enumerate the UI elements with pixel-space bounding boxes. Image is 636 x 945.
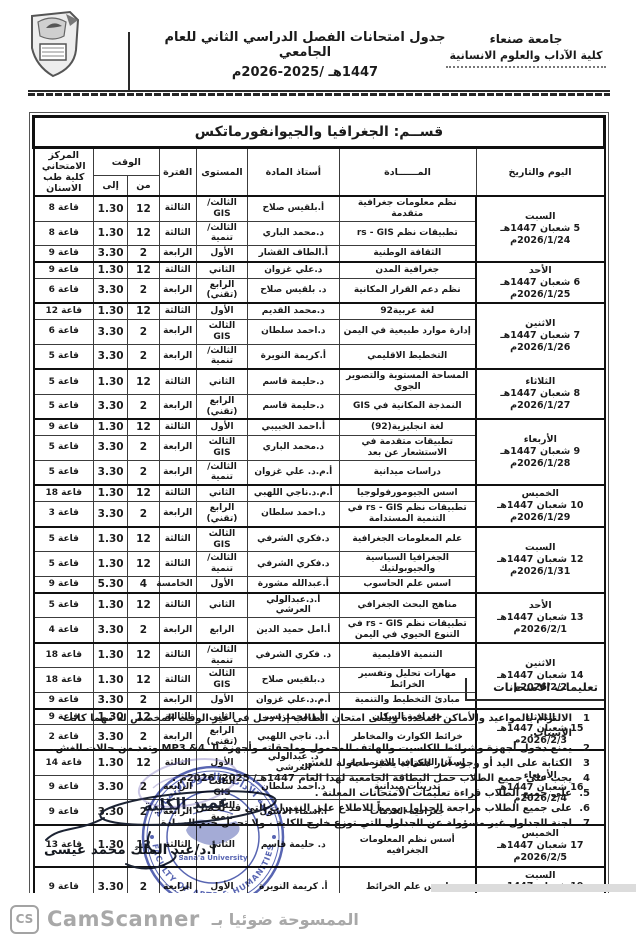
time-to-cell: 1.30 [94, 419, 128, 435]
exam-center-cell: قاعة 9 [34, 419, 94, 435]
time-from-cell: 2 [128, 618, 159, 643]
time-to-cell: 3.30 [94, 460, 128, 485]
center-header-line1: المركز الامتحاني [36, 150, 93, 172]
time-to-cell: 1.30 [94, 527, 128, 552]
instructor-cell: أ.امل حميد الدين [248, 618, 339, 643]
course-cell: التخطيط الاقليمي [339, 344, 476, 369]
period-cell: الرابعة [159, 344, 196, 369]
instruction-number: 3 [572, 756, 590, 771]
time-to-cell: 1.30 [94, 643, 128, 668]
time-to-cell: 1.30 [94, 485, 128, 501]
camscanner-logo-icon: CS [10, 905, 39, 934]
time-from-cell: 2 [128, 344, 159, 369]
time-to-cell: 1.30 [94, 196, 128, 221]
period-cell: الثالثة [159, 593, 196, 618]
title-bracket-line [128, 32, 130, 90]
instructor-cell: د.حليمة قاسم [248, 394, 339, 419]
time-to-cell: 1.30 [94, 221, 128, 246]
instruction-number: 7. [572, 816, 590, 831]
instruction-number: 4 [572, 771, 590, 786]
period-cell: الثالثة [159, 552, 196, 577]
day-date-cell: الأربعاء9 شعبان 1447هـ2026/1/28م [476, 419, 604, 485]
instruction-text: يمنع دخول أجهزة وشرائط الكاسيت والهاتف ا… [30, 741, 572, 756]
col-header-time: الوقت [94, 148, 160, 176]
table-row: الاثنين14 شعبان 1447هـ2026/2/2مالتنمية ا… [34, 643, 605, 668]
time-to-cell: 3.30 [94, 394, 128, 419]
time-from-cell: 2 [128, 460, 159, 485]
instructor-cell: د.محمد القديم [248, 303, 339, 319]
time-to-cell: 3.30 [94, 278, 128, 303]
period-cell: الثالثة [159, 196, 196, 221]
exam-center-cell: قاعة 6 [34, 278, 94, 303]
exam-center-cell: قاعة 5 [34, 435, 94, 460]
faculty-stamp: كلية الآداب والعلوم الإنسانية FACULTY OF… [138, 762, 288, 912]
camscanner-name: CamScanner [47, 907, 200, 931]
time-from-cell: 2 [128, 435, 159, 460]
date-hijri: 9 شعبان 1447هـ [479, 446, 601, 458]
level-cell: الثالث/ GIS [196, 196, 247, 221]
header-separator [28, 90, 610, 97]
time-to-cell: 3.30 [94, 618, 128, 643]
exam-center-cell: قاعة 3 [34, 501, 94, 526]
col-header-instructor: أستاذ المادة [248, 148, 339, 197]
course-cell: دراسات ميدانية [339, 460, 476, 485]
col-header-course: المــــــادة [339, 148, 476, 197]
day-name: السبت [479, 211, 601, 223]
instructor-cell: د.علي غزوان [248, 262, 339, 278]
level-cell: الثالث/ تنمية [196, 552, 247, 577]
department-title: قســم: الجغرافيا والجيوانفورماتكس [34, 117, 605, 148]
period-cell: الثالثة [159, 485, 196, 501]
date-hijri: 13 شعبان 1447هـ [479, 612, 601, 624]
time-to-cell: 3.30 [94, 320, 128, 345]
time-to-cell: 1.30 [94, 552, 128, 577]
day-date-cell: السبت5 شعبان 1447هـ2026/1/24م [476, 196, 604, 262]
course-cell: التنمية الاقليمية [339, 643, 476, 668]
time-from-cell: 12 [128, 369, 159, 394]
instructor-cell: أ.د.عبدالولي العرشي [248, 593, 339, 618]
date-hijri: 7 شعبان 1447هـ [479, 330, 601, 342]
camscanner-footer: CS CamScanner الممسوحة ضوئيا بـ [0, 893, 636, 945]
time-to-cell: 3.30 [94, 501, 128, 526]
table-row: الأربعاء9 شعبان 1447هـ2026/1/28ملغة انجل… [34, 419, 605, 435]
course-cell: أسس نظم المعلومات الجغرافيه [339, 825, 476, 867]
stamp-map-icon [186, 820, 240, 845]
time-from-cell: 2 [128, 278, 159, 303]
instructor-cell: أ.بلقيس صلاح [248, 196, 339, 221]
instructor-cell: أ.م.د. علي غزوان [248, 460, 339, 485]
level-cell: الثالث/ تنمية [196, 460, 247, 485]
instructor-cell: أ.عبدالله مشورة [248, 576, 339, 592]
period-cell: الرابعة [159, 320, 196, 345]
time-to-cell: 1.30 [94, 593, 128, 618]
stamp-arabic-text: كلية الآداب والعلوم الإنسانية [152, 772, 274, 819]
level-cell: الثاني [196, 262, 247, 278]
date-gregorian: 2026/1/25م [479, 289, 601, 301]
day-name: الأحد [479, 265, 601, 277]
level-cell: الثاني [196, 593, 247, 618]
instructor-cell: د.فكري الشرفي [248, 527, 339, 552]
course-cell: تطبيقات نظم rs - GIS [339, 221, 476, 246]
instruction-number: 1 [572, 711, 590, 741]
level-cell: الأول [196, 303, 247, 319]
time-to-cell: 1.30 [94, 262, 128, 278]
document-title: جدول امتحانات الفصل الدراسي الثاني للعام… [140, 30, 470, 80]
instructor-cell: د.احمد سلطان [248, 501, 339, 526]
university-name: جامعة صنعاء [446, 32, 606, 46]
exam-center-cell: قاعة 5 [34, 344, 94, 369]
time-from-cell: 12 [128, 419, 159, 435]
day-date-cell: الأحد13 شعبان 1447هـ2026/2/1م [476, 593, 604, 643]
period-cell: الثالثة [159, 369, 196, 394]
instruction-number: 6. [572, 801, 590, 816]
course-cell: لغة انجليزية(92) [339, 419, 476, 435]
time-to-cell: 5.30 [94, 576, 128, 592]
exam-center-cell: قاعة 9 [34, 246, 94, 262]
level-cell: الأول [196, 576, 247, 592]
date-gregorian: 2026/1/28م [479, 458, 601, 470]
exam-center-cell: قاعة 5 [34, 369, 94, 394]
time-from-cell: 12 [128, 552, 159, 577]
level-cell: الرابع (تقني) [196, 394, 247, 419]
instruction-number: 2 [572, 741, 590, 756]
time-to-cell: 3.30 [94, 344, 128, 369]
col-header-period: الفترة [159, 148, 196, 197]
course-cell: جغرافية المدن [339, 262, 476, 278]
date-hijri: 10 شعبان 1447هـ [479, 500, 601, 512]
instructor-cell: د.محمد الباري [248, 221, 339, 246]
svg-text:كلية الآداب والعلوم الإنسانية: كلية الآداب والعلوم الإنسانية [152, 772, 274, 819]
course-cell: اسس الجيومورفولوجيا [339, 485, 476, 501]
course-cell: نظم دعم القرار المكانية [339, 278, 476, 303]
course-cell: المساحة المستوية والتصوير الجوي [339, 369, 476, 394]
instruction-item: 2يمنع دخول أجهزة وشرائط الكاسيت والهاتف … [30, 741, 590, 756]
exam-center-cell: قاعة 5 [34, 593, 94, 618]
date-hijri: 12 شعبان 1447هـ [479, 554, 601, 566]
date-hijri: 5 شعبان 1447هـ [479, 223, 601, 235]
day-name: الأربعاء [479, 434, 601, 446]
date-hijri: 6 شعبان 1447هـ [479, 277, 601, 289]
level-cell: الأول [196, 419, 247, 435]
date-hijri: 8 شعبان 1447هـ [479, 388, 601, 400]
course-cell: إدارة موارد طبيعية في اليمن [339, 320, 476, 345]
time-from-cell: 12 [128, 221, 159, 246]
level-cell: الثالث/ تنمية [196, 221, 247, 246]
level-cell: الأول [196, 246, 247, 262]
time-to-cell: 3.30 [94, 246, 128, 262]
col-header-time-from: من [128, 176, 159, 196]
instruction-text: الالتزام بالمواعيد والأماكن المحددة ويلغ… [30, 711, 572, 741]
instructor-cell: د. فكري الشرفي [248, 643, 339, 668]
period-cell: الثالثة [159, 262, 196, 278]
level-cell: الثاني [196, 485, 247, 501]
period-cell: الثالثة [159, 221, 196, 246]
time-from-cell: 12 [128, 303, 159, 319]
day-name: الاثنين [479, 658, 601, 670]
level-cell: الرابع (تقني) [196, 501, 247, 526]
exam-center-cell: قاعة 9 [34, 262, 94, 278]
exam-center-cell: قاعة 18 [34, 485, 94, 501]
instruction-item: 1الالتزام بالمواعيد والأماكن المحددة ويل… [30, 711, 590, 741]
course-cell: الجغرافيا السياسية والجيوبولتيك [339, 552, 476, 577]
instructions-title: تعليمات الامتحانات [465, 678, 604, 701]
day-name: الثلاثاء [479, 376, 601, 388]
instructor-cell: د.حليمة قاسم [248, 369, 339, 394]
exam-center-cell: قاعة 8 [34, 196, 94, 221]
table-row: السبت12 شعبان 1447هـ2026/1/31معلم المعلو… [34, 527, 605, 552]
title-line1: جدول امتحانات الفصل الدراسي الثاني للعام… [140, 30, 470, 60]
level-cell: الثالث/ تنمية [196, 643, 247, 668]
date-gregorian: 2026/1/27م [479, 400, 601, 412]
day-name: السبت [479, 542, 601, 554]
stamp-center-text: Sana'a University [178, 854, 248, 862]
instruction-text: يجب على جميع الطلاب حمل البطاقة الجامعية… [30, 771, 572, 786]
exam-center-cell: قاعة 5 [34, 552, 94, 577]
scanned-with-text: الممسوحة ضوئيا بـ [212, 910, 359, 929]
period-cell: الرابعة [159, 460, 196, 485]
exam-center-cell: قاعة 12 [34, 303, 94, 319]
table-row: الأحد6 شعبان 1447هـ2026/1/25مجغرافية الم… [34, 262, 605, 278]
period-cell: الثالثة [159, 303, 196, 319]
table-row: الثلاثاء8 شعبان 1447هـ2026/1/27مالمساحة … [34, 369, 605, 394]
instructor-cell: د.احمد سلطان [248, 320, 339, 345]
time-from-cell: 2 [128, 320, 159, 345]
level-cell: الرابع (تقني) [196, 278, 247, 303]
university-emblem-icon [26, 10, 84, 80]
time-from-cell: 4 [128, 576, 159, 592]
date-gregorian: 2026/1/26م [479, 342, 601, 354]
level-cell: الرابع [196, 618, 247, 643]
course-cell: نظم معلومات جغرافية متقدمة [339, 196, 476, 221]
exam-center-cell: قاعة 9 [34, 576, 94, 592]
period-cell: الرابعة [159, 501, 196, 526]
course-cell: تطبيقات نظم rs - GIS في التنمية المستدام… [339, 501, 476, 526]
letterhead: جامعة صنعاء كلية الآداب والعلوم الانساني… [446, 32, 606, 68]
instructor-cell: أ.احمد الخبيبي [248, 419, 339, 435]
period-cell: الرابعة [159, 278, 196, 303]
day-name: الخميس [479, 488, 601, 500]
scan-shadow-strip [431, 884, 636, 892]
level-cell: الثالث GIS [196, 435, 247, 460]
period-cell: الرابعة [159, 435, 196, 460]
day-date-cell: الخميس17 شعبان 1447هـ2026/2/5م [476, 825, 604, 867]
instruction-text: الكتابة على اليد أو وجود آثار للكتابة يع… [30, 756, 572, 771]
exam-center-cell: قاعة 5 [34, 394, 94, 419]
date-gregorian: 2026/1/24م [479, 235, 601, 247]
date-gregorian: 2026/2/1م [479, 624, 601, 636]
title-line2: 1447هـ /2025-2026م [140, 65, 470, 80]
course-cell: تطبيقات نظم rs - GIS في التنوع الحيوي في… [339, 618, 476, 643]
course-cell: تطبيقات متقدمة في الاستشعار عن بعد [339, 435, 476, 460]
day-name: الاثنين [479, 318, 601, 330]
time-from-cell: 2 [128, 246, 159, 262]
date-hijri: 17 شعبان 1447هـ [479, 840, 601, 852]
day-date-cell: الأحد6 شعبان 1447هـ2026/1/25م [476, 262, 604, 304]
period-cell: الرابعة [159, 246, 196, 262]
time-from-cell: 2 [128, 501, 159, 526]
course-cell: الثقافة الوطنية [339, 246, 476, 262]
course-cell: علم المعلومات الجغرافية [339, 527, 476, 552]
instruction-item: 3الكتابة على اليد أو وجود آثار للكتابة ي… [30, 756, 590, 771]
exam-center-cell: قاعة 8 [34, 221, 94, 246]
center-header-line2: كلية طب الاسنان [36, 172, 93, 194]
instructor-cell: د.فكري الشرفي [248, 552, 339, 577]
period-cell: الخامسة [159, 576, 196, 592]
time-to-cell: 3.30 [94, 435, 128, 460]
course-cell: النمذجة المكانية في GIS [339, 394, 476, 419]
time-from-cell: 2 [128, 394, 159, 419]
day-date-cell: الثلاثاء8 شعبان 1447هـ2026/1/27م [476, 369, 604, 419]
date-gregorian: 2026/1/31م [479, 566, 601, 578]
period-cell: الثالثة [159, 419, 196, 435]
time-to-cell: 1.30 [94, 303, 128, 319]
time-from-cell: 12 [128, 527, 159, 552]
table-row: السبت5 شعبان 1447هـ2026/1/24منظم معلومات… [34, 196, 605, 221]
instruction-number: 5. [572, 786, 590, 801]
date-gregorian: 2026/1/29م [479, 512, 601, 524]
exam-center-cell: قاعة 5 [34, 527, 94, 552]
period-cell: الثالثة [159, 527, 196, 552]
instructor-cell: أ.الطاف القشار [248, 246, 339, 262]
time-from-cell: 12 [128, 262, 159, 278]
table-row: الأحد13 شعبان 1447هـ2026/2/1ممناهج البحث… [34, 593, 605, 618]
exam-center-cell: قاعة 6 [34, 320, 94, 345]
col-header-time-to: إلى [94, 176, 128, 196]
scanned-exam-schedule-page: { "header": { "university": "جامعة صنعاء… [0, 0, 636, 945]
instructor-cell: أ.م.د.ناجي اللهبي [248, 485, 339, 501]
day-name: السبت [479, 870, 601, 882]
day-date-cell: الاثنين7 شعبان 1447هـ2026/1/26م [476, 303, 604, 369]
instructor-cell: د.محمد الباري [248, 435, 339, 460]
time-to-cell: 1.30 [94, 369, 128, 394]
time-from-cell: 12 [128, 196, 159, 221]
period-cell: الرابعة [159, 394, 196, 419]
table-row: الاثنين7 شعبان 1447هـ2026/1/26ملغة عربية… [34, 303, 605, 319]
time-from-cell: 12 [128, 485, 159, 501]
col-header-center: المركز الامتحاني كلية طب الاسنان [34, 148, 94, 197]
instructor-cell: د. بلقيس صلاح [248, 278, 339, 303]
day-date-cell: الخميس10 شعبان 1447هـ2026/1/29م [476, 485, 604, 527]
table-row: الخميس10 شعبان 1447هـ2026/1/29ماسس الجيو… [34, 485, 605, 501]
exam-center-cell: قاعة 18 [34, 643, 94, 668]
col-header-day: اليوم والتاريخ [476, 148, 604, 197]
exam-center-cell: قاعة 4 [34, 618, 94, 643]
level-cell: الثاني [196, 369, 247, 394]
level-cell: الثالث GIS [196, 527, 247, 552]
date-gregorian: 2026/2/5م [479, 852, 601, 864]
instructor-cell: أ.كريمة النويرة [248, 344, 339, 369]
period-cell: الثالثة [159, 643, 196, 668]
day-date-cell: السبت12 شعبان 1447هـ2026/1/31م [476, 527, 604, 593]
faculty-name: كلية الآداب والعلوم الانسانية [446, 49, 606, 68]
time-from-cell: 12 [128, 643, 159, 668]
course-cell: مناهج البحث الجغرافي [339, 593, 476, 618]
course-cell: لغة عربية92 [339, 303, 476, 319]
day-name: الأحد [479, 600, 601, 612]
exam-center-cell: قاعة 5 [34, 460, 94, 485]
instruction-item: 4يجب على جميع الطلاب حمل البطاقة الجامعي… [30, 771, 590, 786]
col-header-level: المستوى [196, 148, 247, 197]
period-cell: الرابعة [159, 618, 196, 643]
course-cell: اسس علم الحاسوب [339, 576, 476, 592]
level-cell: الثالث/ تنمية [196, 344, 247, 369]
level-cell: الثالث GIS [196, 320, 247, 345]
time-from-cell: 12 [128, 593, 159, 618]
